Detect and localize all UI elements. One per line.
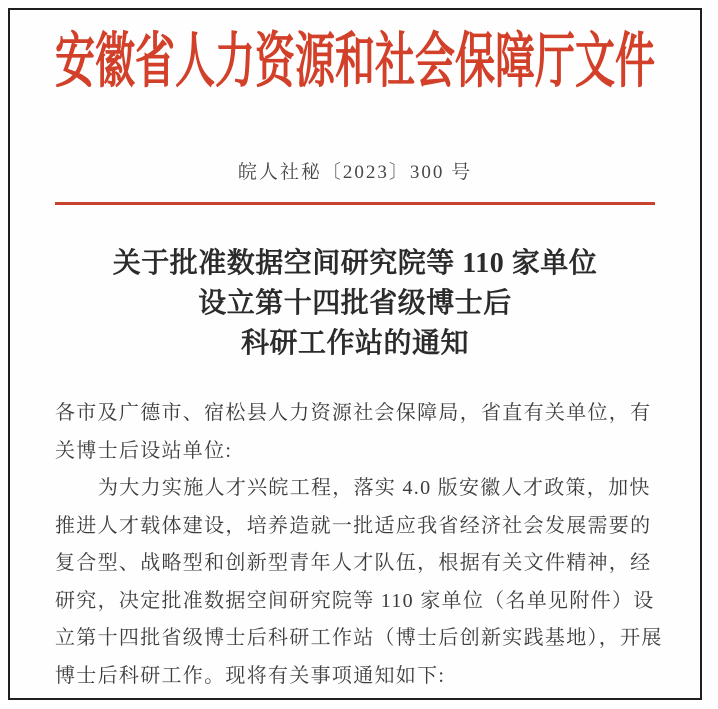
body-line: 推进人才载体建设，培养造就一批适应我省经济社会发展需要的 (55, 508, 655, 546)
body-line: 各市及广德市、宿松县人力资源社会保障局，省直有关单位，有 (55, 395, 655, 433)
body-line: 为大力实施人才兴皖工程，落实 4.0 版安徽人才政策，加快 (55, 470, 655, 508)
body-line: 立第十四批省级博士后科研工作站（博士后创新实践基地），开展 (55, 620, 655, 658)
body-line: 关博士后设站单位: (55, 433, 655, 471)
document-title-line: 科研工作站的通知 (55, 324, 655, 364)
scanned-page-border: 安徽省人力资源和社会保障厅文件 皖人社秘〔2023〕300 号 关于批准数据空间… (8, 8, 702, 700)
red-separator-line (55, 202, 655, 205)
body-line: 博士后科研工作。现将有关事项通知如下: (55, 658, 655, 696)
paragraph-main: 为大力实施人才兴皖工程，落实 4.0 版安徽人才政策，加快 推进人才载体建设，培… (55, 470, 655, 695)
document-body: 各市及广德市、宿松县人力资源社会保障局，省直有关单位，有 关博士后设站单位: 为… (55, 395, 655, 695)
issuing-agency-title: 安徽省人力资源和社会保障厅文件 (55, 13, 655, 99)
body-line: 研究，决定批准数据空间研究院等 110 家单位（名单见附件）设 (55, 583, 655, 621)
document-title: 关于批准数据空间研究院等 110 家单位 设立第十四批省级博士后 科研工作站的通… (55, 244, 655, 364)
body-line: 复合型、战略型和创新型青年人才队伍，根据有关文件精神，经 (55, 545, 655, 583)
red-letterhead: 安徽省人力资源和社会保障厅文件 (55, 22, 655, 90)
document-title-line: 设立第十四批省级博士后 (55, 284, 655, 324)
document-number: 皖人社秘〔2023〕300 号 (55, 160, 655, 186)
paragraph-recipients: 各市及广德市、宿松县人力资源社会保障局，省直有关单位，有 关博士后设站单位: (55, 395, 655, 470)
document-title-line: 关于批准数据空间研究院等 110 家单位 (55, 244, 655, 284)
document-page: 安徽省人力资源和社会保障厅文件 皖人社秘〔2023〕300 号 关于批准数据空间… (10, 10, 700, 698)
